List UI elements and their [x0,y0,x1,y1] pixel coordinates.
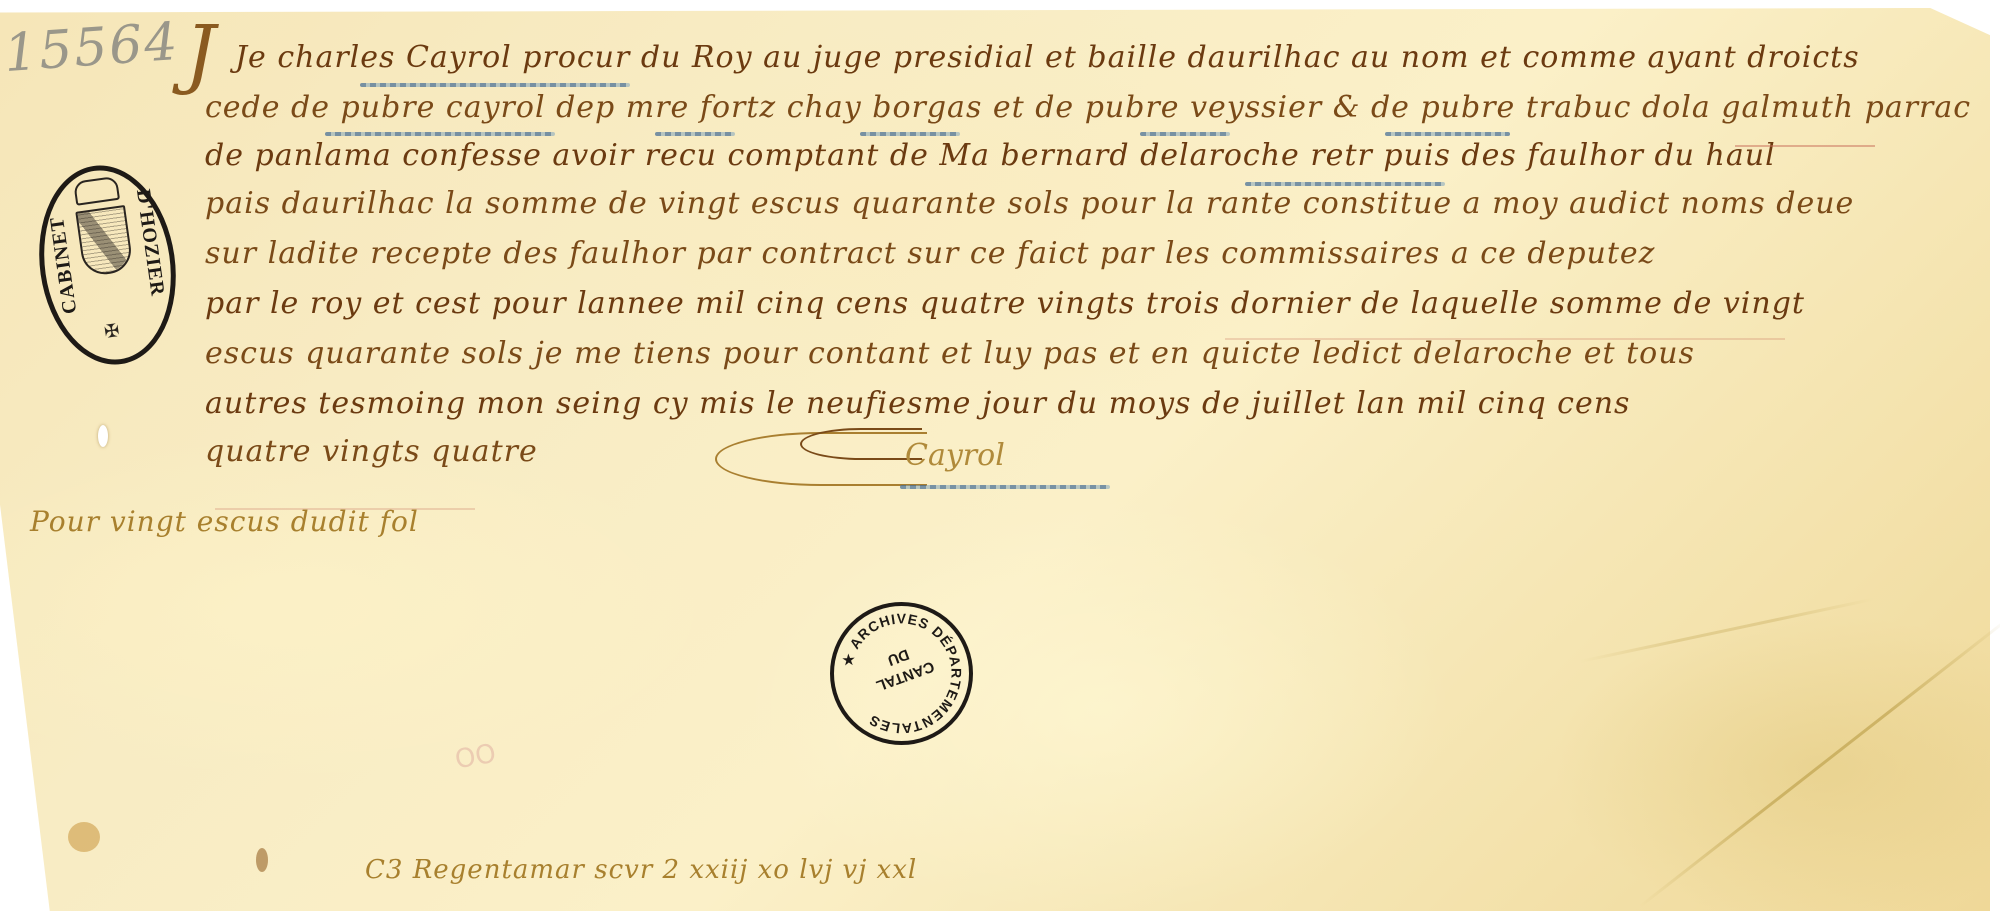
signature-flourish [800,428,922,460]
crown-icon [73,176,120,206]
manuscript-line-7: escus quarante sols je me tiens pour con… [205,336,1695,371]
ink-stain [68,822,100,852]
archive-number: 15564 [2,12,181,84]
manuscript-line-5: sur ladite recepte des faulhor par contr… [205,236,1655,271]
manuscript-line-1: Je charles Cayrol procur du Roy au juge … [235,40,1860,75]
blue-pencil-underline [900,485,1110,489]
manuscript-line-2: cede de pubre cayrol dep mre fortz chay … [205,90,1971,125]
footer-note: C3 Regentamar scvr 2 xxiij xo lvj vj xxl [365,855,917,885]
blue-pencil-underline [655,132,735,136]
ink-stain [256,848,268,872]
manuscript-line-3: de panlama confesse avoir recu comptant … [205,138,1776,173]
decorated-initial: J [185,8,215,97]
blue-pencil-underline [1385,132,1510,136]
manuscript-line-6: par le roy et cest pour lannee mil cinq … [205,286,1805,321]
manuscript-line-4: pais daurilhac la somme de vingt escus q… [205,186,1854,221]
red-pencil-underline [1225,338,1785,340]
signature: Cayrol [905,438,1005,473]
blue-pencil-underline [1140,132,1230,136]
parchment-hole [98,425,108,447]
cross-icon: ✠ [103,320,121,343]
marginal-note: Pour vingt escus dudit fol [30,505,419,538]
coat-of-arms-icon [75,205,134,277]
manuscript-line-9: quatre vingts quatre [205,434,538,469]
blue-pencil-underline [860,132,960,136]
archives-departementales-stamp: ★ ARCHIVES DÉPARTEMENTALES CANTAL DU [830,602,973,745]
blue-pencil-underline [1245,182,1445,186]
manuscript-line-8: autres tesmoing mon seing cy mis le neuf… [205,386,1630,421]
blue-pencil-underline [325,132,555,136]
blue-pencil-underline [360,83,630,87]
red-pencil-underline [1735,145,1875,147]
